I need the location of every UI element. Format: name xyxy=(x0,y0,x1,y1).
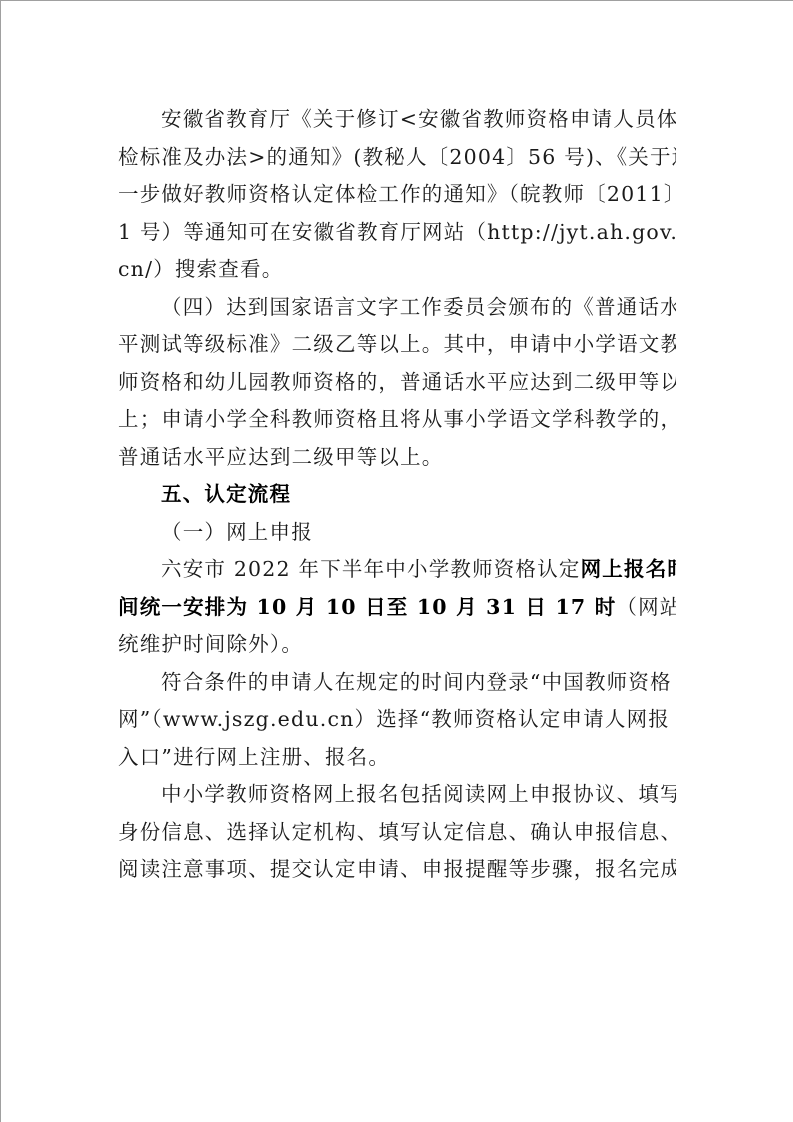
text-line: 入口”进行网上注册、报名。 xyxy=(118,739,676,777)
text-line: 安徽省教育厅《关于修订<安徽省教师资格申请人员体 xyxy=(118,101,676,139)
text-line: （四）达到国家语言文字工作委员会颁布的《普通话水 xyxy=(118,289,676,327)
paragraph-health-check-notices: 安徽省教育厅《关于修订<安徽省教师资格申请人员体 检标准及办法>的通知》(教秘人… xyxy=(118,101,676,289)
text-line: cn/）搜索查看。 xyxy=(118,251,676,289)
text-line: 普通话水平应达到二级甲等以上。 xyxy=(118,439,676,477)
text-line: 平测试等级标准》二级乙等以上。其中，申请中小学语文教 xyxy=(118,326,676,364)
paragraph-registration-period: 六安市 2022 年下半年中小学教师资格认定网上报名时 间统一安排为 10 月 … xyxy=(118,551,676,664)
text-normal: （网站关闭系 xyxy=(616,595,676,619)
text-line: 师资格和幼儿园教师资格的，普通话水平应达到二级甲等以 xyxy=(118,364,676,402)
text-line: 1 号）等通知可在安徽省教育厅网站（http://jyt.ah.gov. xyxy=(118,214,676,252)
text-line: 符合条件的申请人在规定的时间内登录“中国教师资格 xyxy=(118,664,676,702)
text-line: 六安市 2022 年下半年中小学教师资格认定网上报名时 xyxy=(118,551,676,589)
text-line: 检标准及办法>的通知》(教秘人〔2004〕56 号)、《关于进 xyxy=(118,139,676,177)
text-line: 上；申请小学全科教师资格且将从事小学语文学科教学的， xyxy=(118,401,676,439)
section-heading: 五、认定流程 xyxy=(118,476,676,514)
paragraph-login-instructions: 符合条件的申请人在规定的时间内登录“中国教师资格 网”（www.jszg.edu… xyxy=(118,664,676,777)
text-emphasis: 网上报名时 xyxy=(581,557,676,581)
document-page: 安徽省教育厅《关于修订<安徽省教师资格申请人员体 检标准及办法>的通知》(教秘人… xyxy=(0,0,793,1122)
paragraph-registration-steps: 中小学教师资格网上报名包括阅读网上申报协议、填写 身份信息、选择认定机构、填写认… xyxy=(118,776,676,889)
text-normal: 六安市 2022 年下半年中小学教师资格认定 xyxy=(161,557,581,581)
text-line: 间统一安排为 10 月 10 日至 10 月 31 日 17 时（网站关闭系 xyxy=(118,589,676,627)
subsection-heading: （一）网上申报 xyxy=(118,514,676,552)
paragraph-mandarin-requirement: （四）达到国家语言文字工作委员会颁布的《普通话水 平测试等级标准》二级乙等以上。… xyxy=(118,289,676,477)
text-line: 身份信息、选择认定机构、填写认定信息、确认申报信息、 xyxy=(118,814,676,852)
text-emphasis: 间统一安排为 10 月 10 日至 10 月 31 日 17 时 xyxy=(118,595,616,619)
document-body: 安徽省教育厅《关于修订<安徽省教师资格申请人员体 检标准及办法>的通知》(教秘人… xyxy=(118,101,676,889)
text-line: 阅读注意事项、提交认定申请、申报提醒等步骤，报名完成 xyxy=(118,851,676,889)
text-line: 中小学教师资格网上报名包括阅读网上申报协议、填写 xyxy=(118,776,676,814)
text-line: 统维护时间除外）。 xyxy=(118,626,676,664)
text-line: 一步做好教师资格认定体检工作的通知》（皖教师〔2011〕 xyxy=(118,176,676,214)
text-line: 网”（www.jszg.edu.cn）选择“教师资格认定申请人网报 xyxy=(118,701,676,739)
